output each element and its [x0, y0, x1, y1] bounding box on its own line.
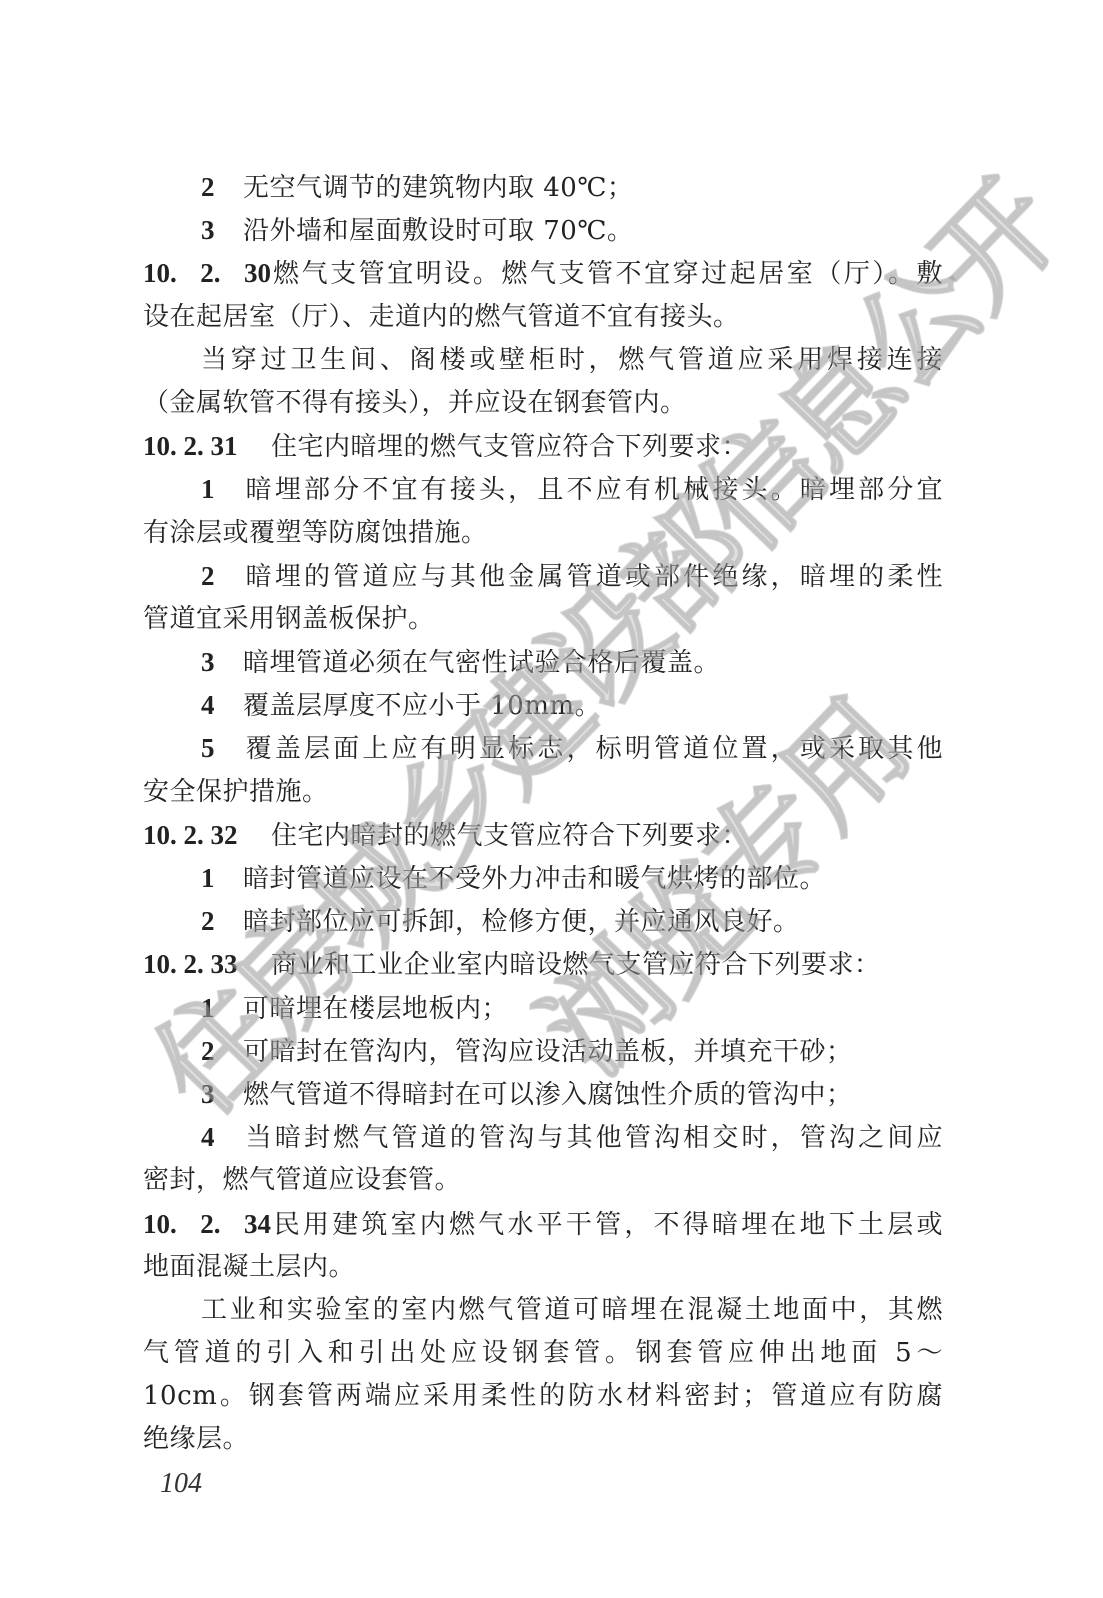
- item-number: 2: [201, 166, 243, 209]
- page-number: 104: [160, 1468, 202, 1500]
- line-text: 工业和实验室的室内燃气管道可暗埋在混凝土地面中，其燃: [201, 1295, 943, 1325]
- line-text: 燃气支管宜明设。燃气支管不宜穿过起居室（厅）。敷: [271, 259, 943, 289]
- list-item-line: 3沿外墙和屋面敷设时可取 70℃。: [143, 209, 943, 252]
- clause-heading-line: 10. 2. 33商业和工业企业室内暗设燃气支管应符合下列要求：: [143, 943, 943, 986]
- clause-heading-line: 10. 2. 30燃气支管宜明设。燃气支管不宜穿过起居室（厅）。敷: [143, 252, 943, 295]
- list-item-line: 1暗埋部分不宜有接头，且不应有机械接头。暗埋部分宜: [143, 468, 943, 511]
- line-text: 当暗封燃气管道的管沟与其他管沟相交时，管沟之间应: [243, 1123, 943, 1153]
- list-item-line: 4覆盖层厚度不应小于 10mm。: [143, 684, 943, 727]
- line-text: 商业和工业企业室内暗设燃气支管应符合下列要求：: [271, 950, 881, 980]
- line-text: （金属软管不得有接头），并应设在钢套管内。: [143, 388, 687, 418]
- list-item-line: 3燃气管道不得暗封在可以渗入腐蚀性介质的管沟中；: [143, 1073, 943, 1116]
- clause-heading-line: 10. 2. 34民用建筑室内燃气水平干管，不得暗埋在地下土层或: [143, 1203, 943, 1246]
- list-item-line: 2可暗封在管沟内，管沟应设活动盖板，并填充干砂；: [143, 1030, 943, 1073]
- continuation-line: 安全保护措施。: [143, 771, 943, 814]
- continuation-line: 气管道的引入和引出处应设钢套管。钢套管应伸出地面 5～: [143, 1332, 943, 1375]
- line-text: 暗埋部分不宜有接头，且不应有机械接头。暗埋部分宜: [243, 475, 943, 505]
- list-item-line: 2暗埋的管道应与其他金属管道或部件绝缘，暗埋的柔性: [143, 555, 943, 598]
- item-number: 3: [201, 209, 243, 252]
- item-number: 1: [201, 987, 243, 1030]
- line-text: 暗封部位应可拆卸，检修方便，并应通风良好。: [243, 907, 800, 937]
- list-item-line: 2暗封部位应可拆卸，检修方便，并应通风良好。: [143, 900, 943, 943]
- line-text: 无空气调节的建筑物内取 40℃；: [243, 173, 633, 203]
- list-item-line: 5覆盖层面上应有明显标志，标明管道位置，或采取其他: [143, 727, 943, 770]
- clause-number: 10. 2. 33: [143, 943, 271, 986]
- clause-number: 10. 2. 30: [143, 252, 271, 295]
- line-text: 覆盖层面上应有明显标志，标明管道位置，或采取其他: [243, 734, 943, 764]
- clause-number: 10. 2. 31: [143, 425, 271, 468]
- line-text: 沿外墙和屋面敷设时可取 70℃。: [243, 216, 633, 246]
- continuation-line: 管道宜采用钢盖板保护。: [143, 598, 943, 641]
- item-number: 5: [201, 727, 243, 770]
- item-number: 3: [201, 1073, 243, 1116]
- item-number: 1: [201, 468, 243, 511]
- continuation-line: 密封，燃气管道应设套管。: [143, 1159, 943, 1202]
- line-text: 住宅内暗埋的燃气支管应符合下列要求：: [271, 432, 748, 462]
- line-text: 住宅内暗封的燃气支管应符合下列要求：: [271, 821, 748, 851]
- line-text: 可暗埋在楼层地板内；: [243, 994, 508, 1024]
- continuation-line: 绝缘层。: [143, 1418, 943, 1461]
- continuation-line: 设在起居室（厅）、走道内的燃气管道不宜有接头。: [143, 296, 943, 339]
- line-text: 管道宜采用钢盖板保护。: [143, 604, 435, 634]
- paragraph-line: 当穿过卫生间、阁楼或壁柜时，燃气管道应采用焊接连接: [143, 339, 943, 382]
- list-item-line: 1暗封管道应设在不受外力冲击和暖气烘烤的部位。: [143, 857, 943, 900]
- line-text: 密封，燃气管道应设套管。: [143, 1165, 461, 1195]
- clause-number: 10. 2. 34: [143, 1203, 271, 1246]
- line-text: 气管道的引入和引出处应设钢套管。钢套管应伸出地面 5～: [143, 1338, 943, 1368]
- list-item-line: 3暗埋管道必须在气密性试验合格后覆盖。: [143, 641, 943, 684]
- line-text: 安全保护措施。: [143, 777, 329, 807]
- item-number: 2: [201, 555, 243, 598]
- line-text: 覆盖层厚度不应小于 10mm。: [243, 691, 601, 721]
- line-text: 绝缘层。: [143, 1424, 249, 1454]
- continuation-line: 地面混凝土层内。: [143, 1246, 943, 1289]
- line-text: 可暗封在管沟内，管沟应设活动盖板，并填充干砂；: [243, 1037, 853, 1067]
- line-text: 暗封管道应设在不受外力冲击和暖气烘烤的部位。: [243, 864, 826, 894]
- line-text: 地面混凝土层内。: [143, 1252, 355, 1282]
- line-text: 暗埋的管道应与其他金属管道或部件绝缘，暗埋的柔性: [243, 562, 943, 592]
- paragraph-line: 工业和实验室的室内燃气管道可暗埋在混凝土地面中，其燃: [143, 1289, 943, 1332]
- line-text: 燃气管道不得暗封在可以渗入腐蚀性介质的管沟中；: [243, 1080, 853, 1110]
- item-number: 2: [201, 900, 243, 943]
- item-number: 4: [201, 684, 243, 727]
- line-text: 民用建筑室内燃气水平干管，不得暗埋在地下土层或: [271, 1210, 943, 1240]
- page-body-text: 2无空气调节的建筑物内取 40℃；3沿外墙和屋面敷设时可取 70℃。10. 2.…: [143, 166, 943, 1462]
- clause-number: 10. 2. 32: [143, 814, 271, 857]
- item-number: 3: [201, 641, 243, 684]
- line-text: 有涂层或覆塑等防腐蚀措施。: [143, 518, 488, 548]
- list-item-line: 4当暗封燃气管道的管沟与其他管沟相交时，管沟之间应: [143, 1116, 943, 1159]
- list-item-line: 1可暗埋在楼层地板内；: [143, 987, 943, 1030]
- item-number: 2: [201, 1030, 243, 1073]
- continuation-line: 有涂层或覆塑等防腐蚀措施。: [143, 512, 943, 555]
- clause-heading-line: 10. 2. 32住宅内暗封的燃气支管应符合下列要求：: [143, 814, 943, 857]
- list-item-line: 2无空气调节的建筑物内取 40℃；: [143, 166, 943, 209]
- line-text: 暗埋管道必须在气密性试验合格后覆盖。: [243, 648, 720, 678]
- item-number: 1: [201, 857, 243, 900]
- line-text: 设在起居室（厅）、走道内的燃气管道不宜有接头。: [143, 302, 740, 332]
- line-text: 当穿过卫生间、阁楼或壁柜时，燃气管道应采用焊接连接: [201, 345, 943, 375]
- document-page: 2无空气调节的建筑物内取 40℃；3沿外墙和屋面敷设时可取 70℃。10. 2.…: [0, 0, 1103, 1598]
- clause-heading-line: 10. 2. 31住宅内暗埋的燃气支管应符合下列要求：: [143, 425, 943, 468]
- line-text: 10cm。钢套管两端应采用柔性的防水材料密封；管道应有防腐: [143, 1381, 943, 1411]
- continuation-line: 10cm。钢套管两端应采用柔性的防水材料密封；管道应有防腐: [143, 1375, 943, 1418]
- continuation-line: （金属软管不得有接头），并应设在钢套管内。: [143, 382, 943, 425]
- item-number: 4: [201, 1116, 243, 1159]
